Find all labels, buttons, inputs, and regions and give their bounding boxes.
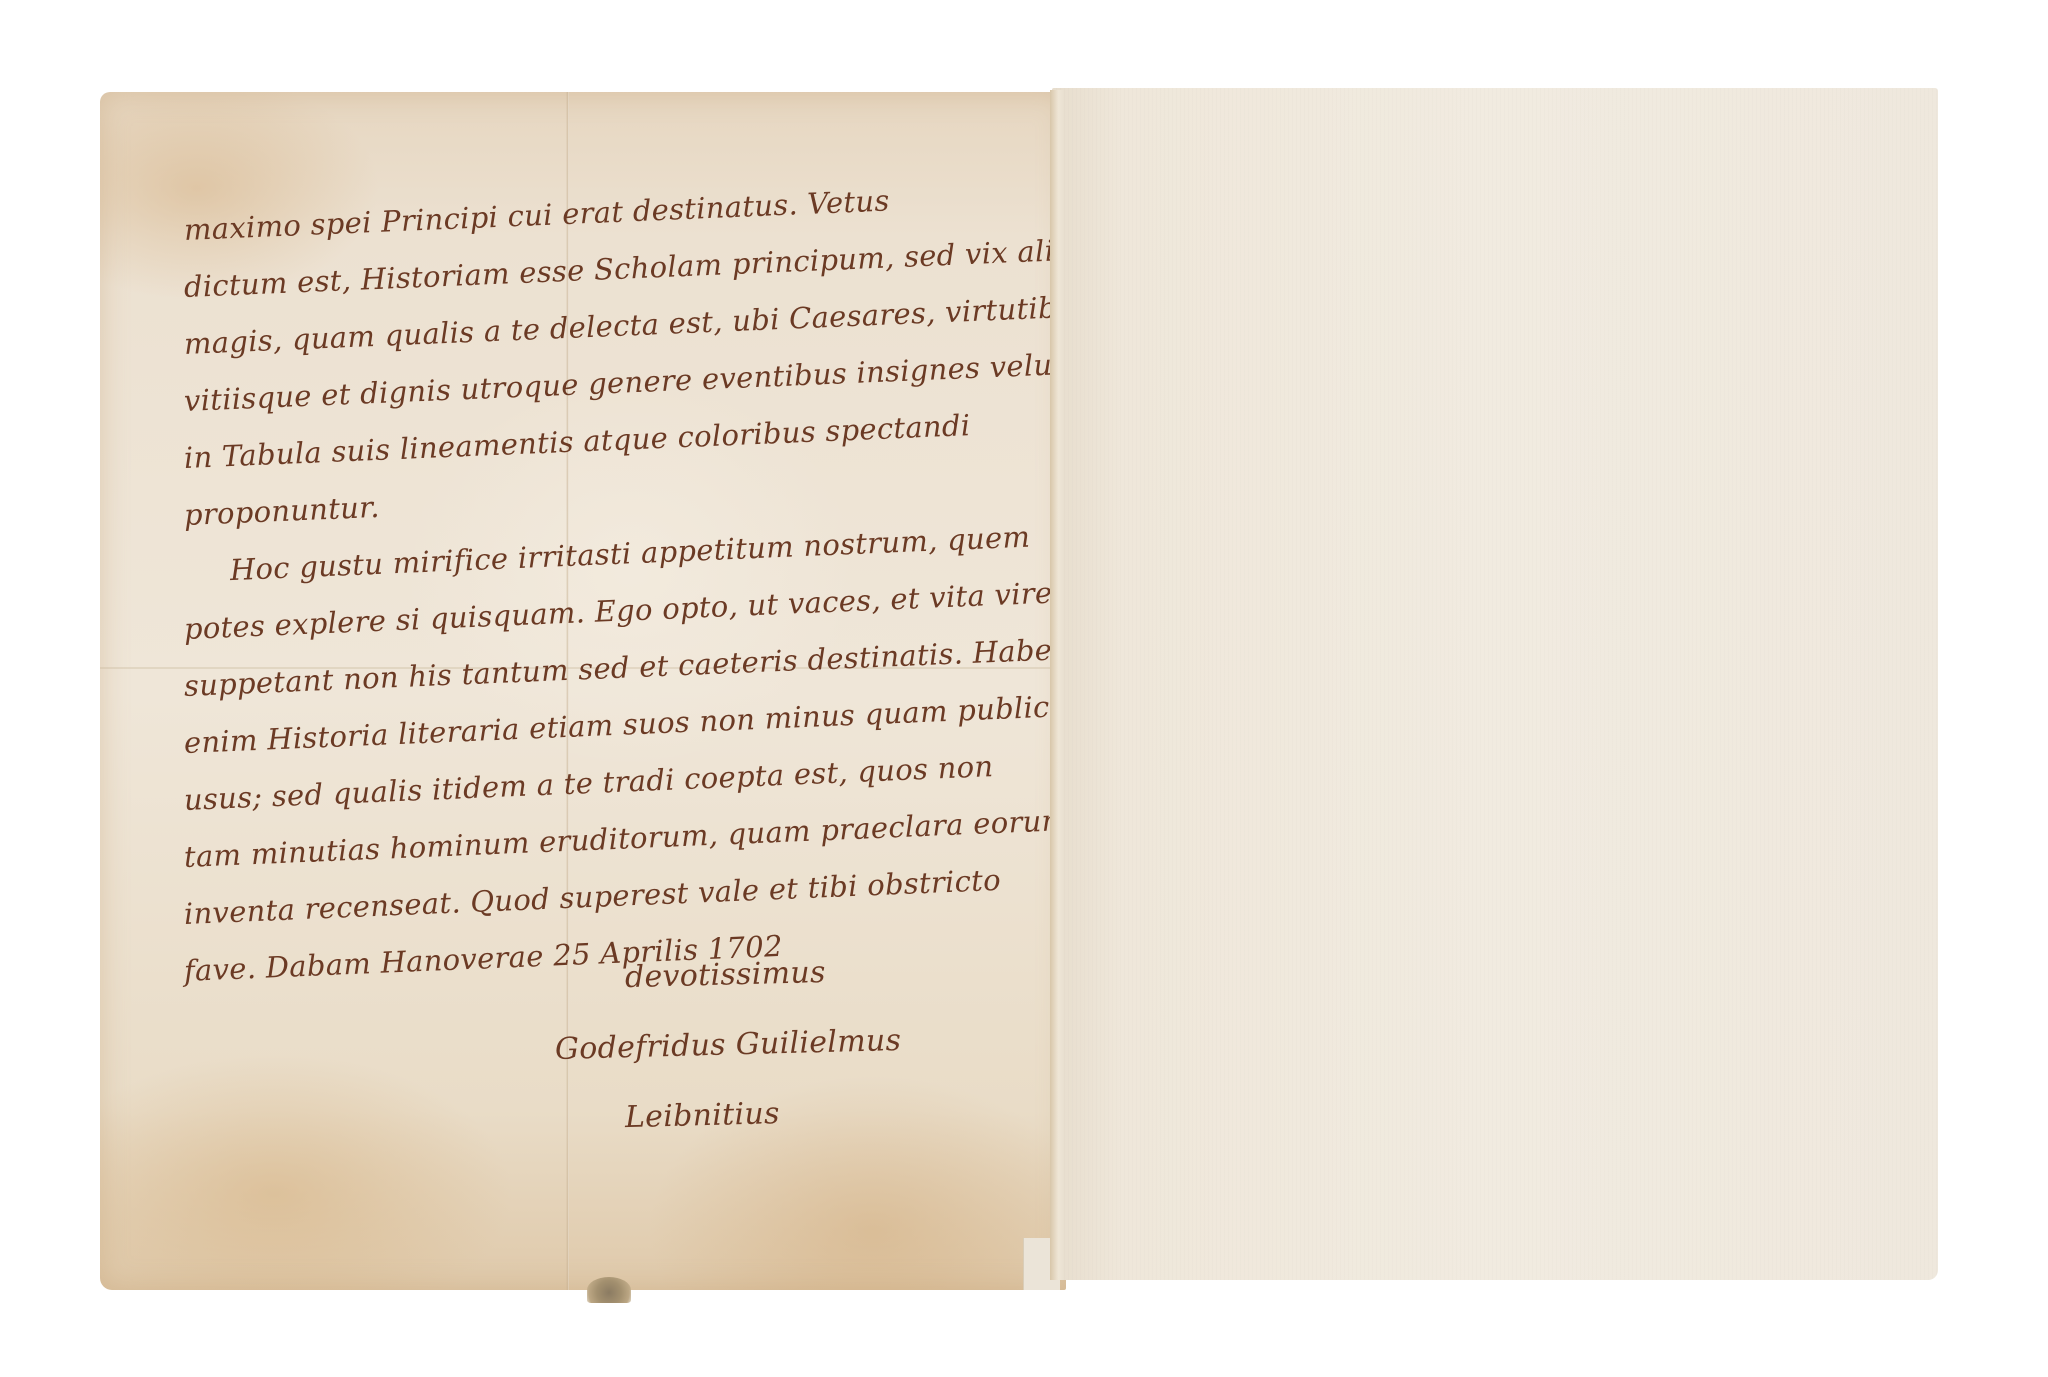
letter-closing: devotissimus Godefridus Guilielmus Leibn… — [555, 945, 901, 1155]
letter-body: maximo spei Principi cui erat destinatus… — [184, 202, 1064, 1000]
right-leaf-blank — [1052, 88, 1938, 1280]
signature-given-names: Godefridus Guilielmus — [554, 1006, 902, 1085]
center-fold-spine — [1050, 90, 1064, 1280]
signature-surname: Leibnitius — [554, 1076, 902, 1155]
wax-seal-remnant — [587, 1277, 631, 1303]
valediction: devotissimus — [554, 936, 902, 1015]
left-leaf-manuscript: maximo spei Principi cui erat destinatus… — [100, 92, 1066, 1290]
